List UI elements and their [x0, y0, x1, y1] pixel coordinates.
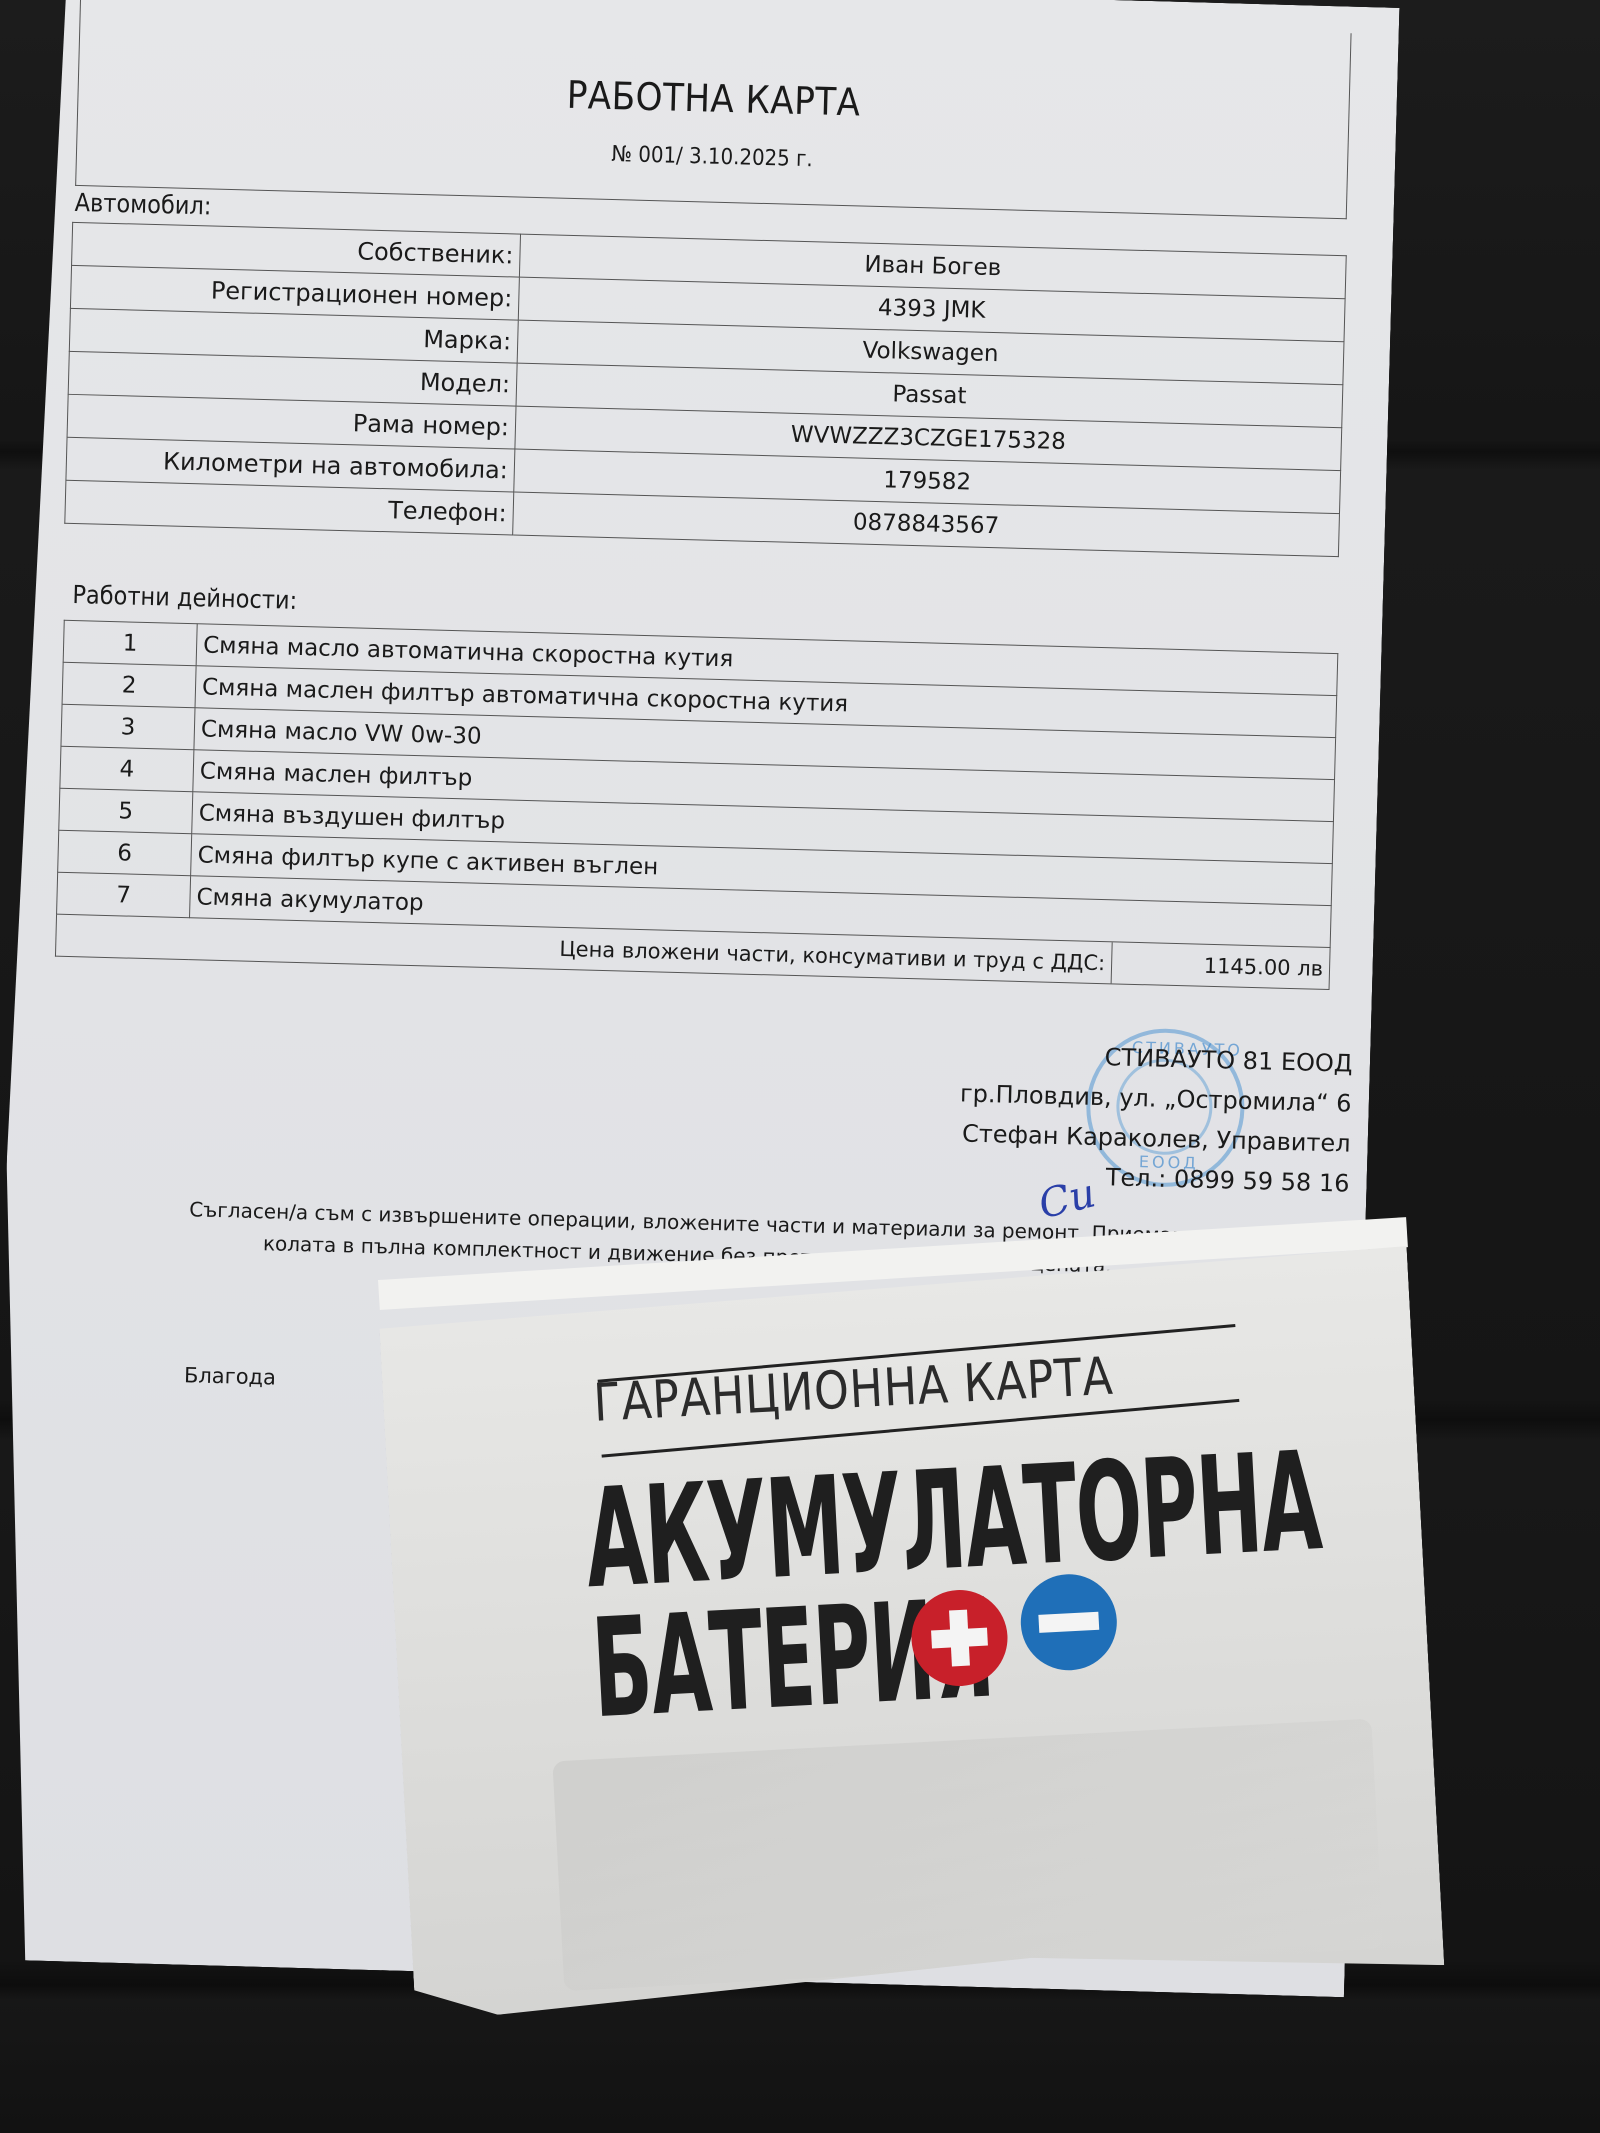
booklet-subtitle: ГАРАНЦИОННА КАРТА	[592, 1347, 1115, 1434]
car-info-table: Собственик: Иван Богев Регистрационен но…	[64, 222, 1346, 557]
title-box: РАБОТНА КАРТА № 001/ 3.10.2025 г.	[75, 0, 1351, 219]
work-card-document: РАБОТНА КАРТА № 001/ 3.10.2025 г. Автомо…	[47, 0, 1369, 1283]
thanks-text: Благода	[184, 1363, 277, 1389]
total-value: 1145.00 лв	[1111, 942, 1329, 989]
item-number: 5	[59, 788, 193, 833]
battery-image-faded	[552, 1719, 1383, 1992]
warranty-booklet: ГАРАНЦИОННА КАРТА АКУМУЛАТОРНА БАТЕРИЯ	[378, 1246, 1444, 2019]
work-section-label: Работни дейности:	[72, 580, 297, 615]
company-info: СТИВАУТО 81 ЕООД гр.Пловдив, ул. „Остром…	[957, 1033, 1353, 1203]
work-items-table: 1 Смяна масло автоматична скоростна кути…	[55, 620, 1338, 990]
document-number-date: № 001/ 3.10.2025 г.	[140, 130, 1283, 185]
item-number: 4	[60, 746, 194, 791]
item-number: 3	[61, 704, 195, 749]
item-number: 7	[57, 872, 191, 917]
item-number: 6	[58, 830, 192, 875]
item-number: 1	[63, 620, 197, 665]
car-section-label: Автомобил:	[74, 188, 211, 221]
item-number: 2	[62, 662, 196, 707]
document-title: РАБОТНА КАРТА	[142, 62, 1286, 136]
